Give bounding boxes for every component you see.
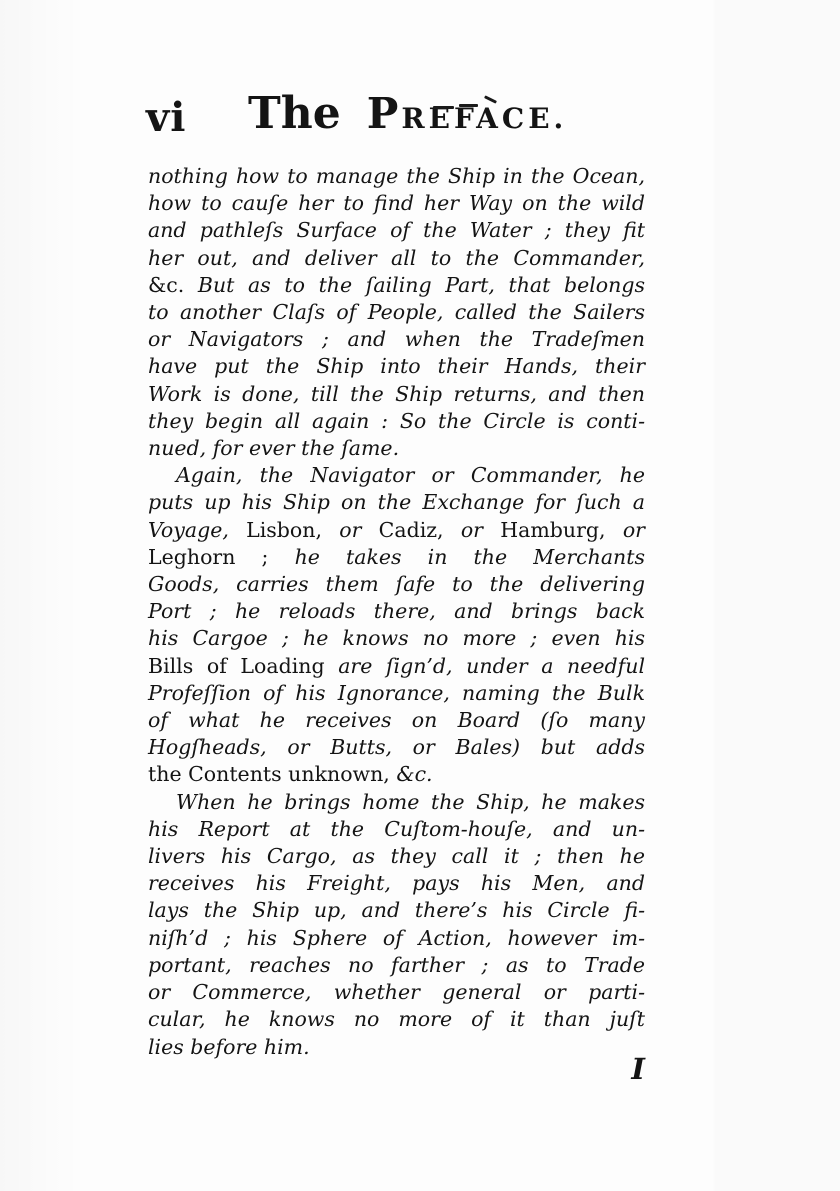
text-segment: Bills of Loading [148,654,338,678]
text-line: Again, the Navigator or Commander, he [148,462,645,489]
text-segment: &c. [396,762,432,786]
text-block: nothing how to manage the Ship in the Oc… [148,163,645,1061]
catchword: I [148,1052,645,1086]
text-line: to another Claſs of People, called the S… [148,299,645,326]
text-segment: Voyage, [148,518,246,542]
text-segment: he takes in the Merchants [295,545,645,569]
text-line: &c. But as to the ſailing Part, that bel… [148,272,645,299]
text-segment: Profeſſion of his Ignorance, naming the … [148,681,645,705]
text-segment: they begin all again : So the Circle is … [148,409,645,433]
text-segment: But as to the ſailing Part, that belongs [198,273,645,297]
text-line: niſh’d ; his Sphere of Action, however i… [148,925,645,952]
text-segment: receives his Freight, pays his Men, and [148,871,645,895]
text-line: When he brings home the Ship, he makes [148,789,645,816]
text-segment: Goods, carries them ſafe to the deliveri… [148,572,645,596]
text-line: Voyage, Lisbon, or Cadiz, or Hamburg, or [148,517,645,544]
text-line: cular, he knows no more of it than juſt [148,1006,645,1033]
text-segment: the Contents unknown, [148,762,396,786]
text-segment: have put the Ship into their Hands, thei… [148,354,645,378]
text-line: and pathleſs Surface of the Water ; they… [148,217,645,244]
scan-artifact-macron [433,106,454,109]
text-line: Hogſheads, or Butts, or Bales) but adds [148,734,645,761]
text-segment: or [623,518,645,542]
text-segment: and pathleſs Surface of the Water ; they… [148,218,645,242]
text-segment: Leghorn ; [148,545,295,569]
text-line: have put the Ship into their Hands, thei… [148,353,645,380]
text-segment: Cadiz, [379,518,461,542]
text-segment: or Commerce, whether general or parti- [148,980,645,1004]
text-segment: are ſign’d, under a needful [338,654,645,678]
page-title-word: The [248,88,341,139]
book-page: vi The P REFACE. nothing how to manage t… [0,0,840,1191]
text-segment: Again, the Navigator or Commander, he [176,463,645,487]
text-line: lays the Ship up, and there’s his Circle… [148,897,645,924]
text-segment: cular, he knows no more of it than juſt [148,1007,645,1031]
text-segment: his Cargoe ; he knows no more ; even his [148,626,645,650]
text-line: nothing how to manage the Ship in the Oc… [148,163,645,190]
text-line: Profeſſion of his Ignorance, naming the … [148,680,645,707]
scan-artifact-macron [459,104,478,107]
page-title-initial: P [367,89,399,138]
text-segment: Work is done, till the Ship returns, and… [148,382,645,406]
text-line: Leghorn ; he takes in the Merchants [148,544,645,571]
text-segment: to another Claſs of People, called the S… [148,300,645,324]
text-line: puts up his Ship on the Exchange for ſuc… [148,489,645,516]
text-segment: livers his Cargo, as they call it ; then… [148,844,645,868]
text-segment: or [461,518,500,542]
text-line: nued, for ever the ſame. [148,435,645,462]
text-line: his Report at the Cuſtom-houſe, and un- [148,816,645,843]
text-segment: Hogſheads, or Butts, or Bales) but adds [148,735,645,759]
text-segment: Port ; he reloads there, and brings back [148,599,645,623]
text-segment: &c. [148,273,198,297]
text-line: of what he receives on Board (ſo many [148,707,645,734]
text-line: livers his Cargo, as they call it ; then… [148,843,645,870]
text-segment: how to cauſe her to find her Way on the … [148,191,645,215]
text-line: the Contents unknown, &c. [148,761,645,788]
text-line: Port ; he reloads there, and brings back [148,598,645,625]
text-line: or Navigators ; and when the Tradeſmen [148,326,645,353]
text-line: Bills of Loading are ſign’d, under a nee… [148,653,645,680]
text-segment: of what he receives on Board (ſo many [148,708,645,732]
text-segment: Lisbon, [246,518,339,542]
text-segment: Hamburg, [500,518,623,542]
text-line: Goods, carries them ſafe to the deliveri… [148,571,645,598]
text-segment: nothing how to manage the Ship in the Oc… [148,164,645,188]
text-segment: puts up his Ship on the Exchange for ſuc… [148,490,645,514]
text-segment: When he brings home the Ship, he makes [176,790,645,814]
text-segment: or [339,518,378,542]
text-segment: her out, and deliver all to the Commande… [148,246,645,270]
text-line: or Commerce, whether general or parti- [148,979,645,1006]
text-line: portant, reaches no farther ; as to Trad… [148,952,645,979]
text-line: her out, and deliver all to the Commande… [148,245,645,272]
text-segment: his Report at the Cuſtom-houſe, and un- [148,817,645,841]
page-number: vi [146,94,186,141]
text-line: his Cargoe ; he knows no more ; even his [148,625,645,652]
text-segment: lays the Ship up, and there’s his Circle… [148,898,645,922]
text-line: how to cauſe her to find her Way on the … [148,190,645,217]
text-line: they begin all again : So the Circle is … [148,408,645,435]
text-segment: niſh’d ; his Sphere of Action, however i… [148,926,645,950]
text-segment: or Navigators ; and when the Tradeſmen [148,327,645,351]
text-segment: portant, reaches no farther ; as to Trad… [148,953,645,977]
page-title: The P REFACE. [248,88,567,139]
text-line: receives his Freight, pays his Men, and [148,870,645,897]
page-title-caps: REFACE. [401,102,567,135]
text-segment: nued, for ever the ſame. [148,436,399,460]
text-line: Work is done, till the Ship returns, and… [148,381,645,408]
